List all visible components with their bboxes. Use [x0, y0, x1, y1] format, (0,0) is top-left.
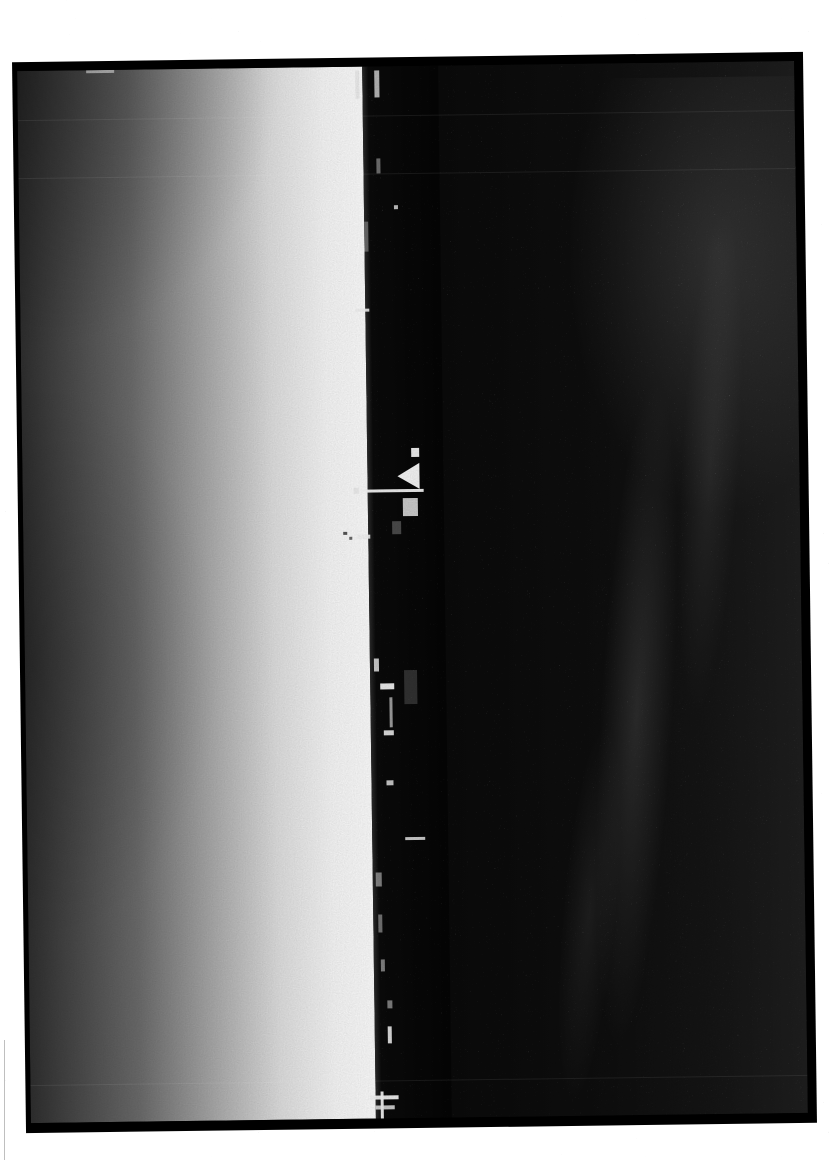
building-mark-2: [380, 683, 394, 689]
rooftop-streak-3: [376, 158, 380, 173]
treeline-mark-1: [376, 872, 382, 886]
treeline-mark-4: [387, 1000, 392, 1008]
sail-notch: [411, 448, 419, 457]
building-mark-4: [384, 730, 394, 735]
treeline-mark-2: [378, 914, 382, 932]
photo-frame: [12, 52, 817, 1133]
border-nick: [86, 70, 114, 73]
mast-top-knob: [354, 488, 359, 494]
building-mark-5: [404, 670, 417, 704]
sky-speck-2: [349, 537, 352, 540]
building-mark-6: [386, 780, 393, 785]
sail-triangle: [397, 463, 419, 489]
horizon-structures: [17, 61, 808, 1123]
horizon-tick: [355, 309, 369, 312]
building-mark-3: [389, 697, 392, 727]
sail-reflection: [403, 498, 418, 516]
horizon-speck: [394, 205, 398, 209]
photograph: [17, 61, 808, 1123]
sail-reflection-faint: [392, 521, 401, 534]
horizon-dash-low: [405, 837, 425, 840]
sky-speck-1: [343, 532, 347, 535]
rooftop-streak-5: [388, 1026, 392, 1043]
rooftop-streak-4: [364, 222, 368, 252]
mast-pole: [358, 489, 424, 493]
scanned-page: [0, 0, 832, 1169]
rooftop-streak-1: [355, 71, 359, 99]
horizon-dash-mid: [357, 535, 370, 539]
margin-scan-line: [4, 1040, 5, 1160]
treeline-mark-3: [381, 959, 385, 971]
rooftop-streak-2: [374, 70, 379, 97]
cross-mast-bar-lower: [376, 1105, 395, 1109]
cross-mast-bar-upper: [370, 1095, 399, 1099]
building-mark-1: [374, 658, 379, 671]
